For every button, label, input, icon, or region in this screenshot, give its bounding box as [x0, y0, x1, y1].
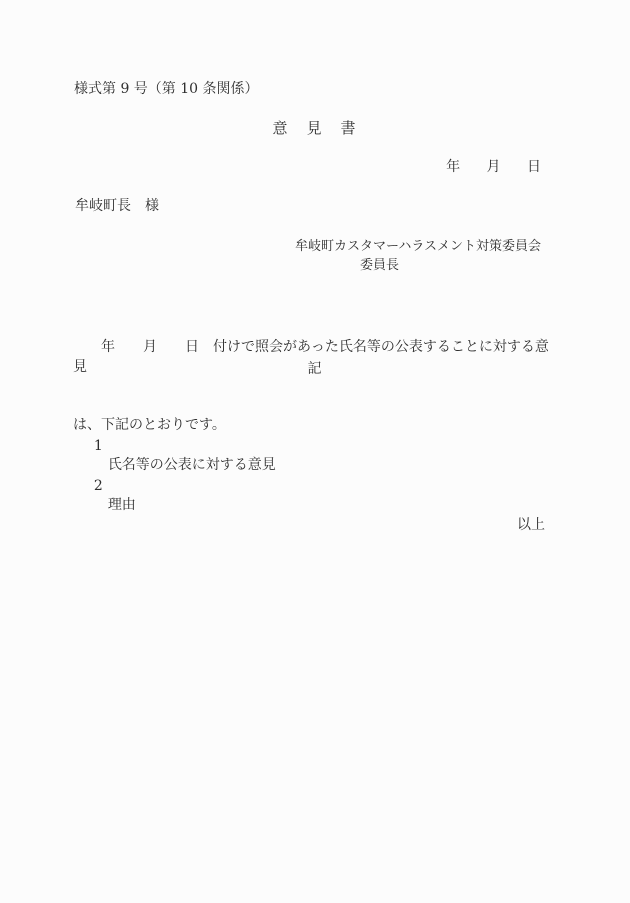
date-year-label: 年 — [446, 159, 460, 175]
date-line: 年 月 日 — [446, 158, 541, 177]
sender-organization: 牟岐町カスタマーハラスメント対策委員会 — [295, 238, 541, 256]
form-number-label: 様式第 9 号（第 10 条関係） — [74, 80, 259, 99]
closing-marker: 以上 — [517, 516, 545, 535]
addressee-line: 牟岐町長 様 — [75, 197, 159, 216]
document-title: 意 見 書 — [0, 118, 630, 138]
document-page: 様式第 9 号（第 10 条関係） 意 見 書 年 月 日 牟岐町長 様 牟岐町… — [0, 0, 630, 903]
item-2-label: 理由 — [108, 497, 136, 513]
item-2-number: 2 — [94, 478, 103, 494]
sender-position: 委員長 — [360, 257, 399, 275]
item-1-number: 1 — [94, 438, 103, 454]
date-day-label: 日 — [527, 159, 541, 175]
list-item-2: 2 理由 — [76, 458, 136, 534]
date-month-label: 月 — [487, 159, 501, 175]
record-marker: 記 — [0, 360, 630, 379]
